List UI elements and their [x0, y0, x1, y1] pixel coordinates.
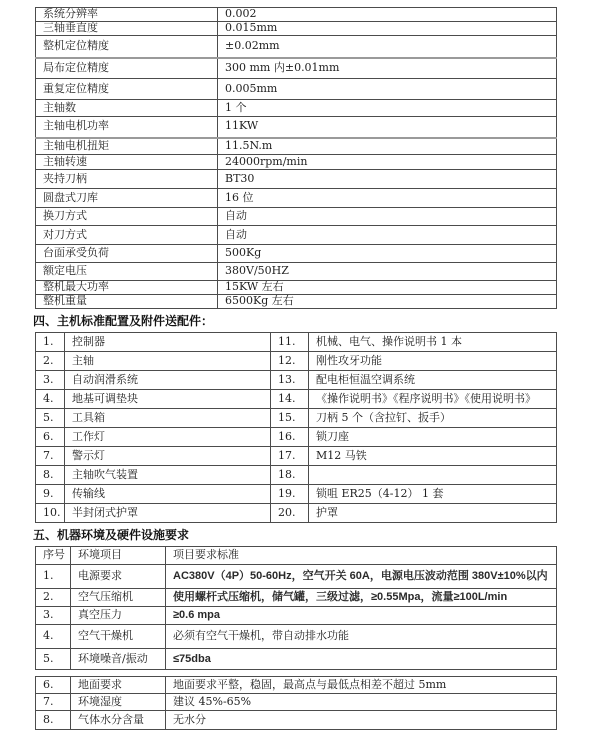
accessory-item-cell: M12 马铁 [309, 447, 557, 466]
spec-value-cell: 500Kg [218, 245, 557, 263]
spec-value-cell: 15KW 左右 [218, 281, 557, 295]
env-no-cell: 8. [36, 711, 71, 730]
accessory-row: 8.主轴吹气装置18. [36, 466, 557, 485]
spec-label-cell: 对刀方式 [36, 226, 218, 245]
spec-value-cell: 自动 [218, 208, 557, 226]
spec-value-cell: 300 mm 内±0.01mm [218, 58, 557, 79]
spec-row: 整机最大功率15KW 左右 [36, 281, 557, 295]
accessory-no-cell: 8. [36, 466, 65, 485]
spec-value-cell: BT30 [218, 170, 557, 189]
env-item-cell: 空气干燥机 [71, 625, 166, 649]
accessory-item-cell: 护罩 [309, 504, 557, 523]
env-standard-cell: 建议 45%-65% [166, 694, 557, 711]
accessory-no-cell: 18. [271, 466, 309, 485]
env-standard-cell: AC380V（4P）50-60Hz，空气开关 60A，电源电压波动范围 380V… [166, 565, 557, 589]
accessory-no-cell: 3. [36, 371, 65, 390]
accessory-item-cell: 机械、电气、操作说明书 1 本 [309, 333, 557, 352]
accessory-item-cell: 锁刀座 [309, 428, 557, 447]
spec-label-cell: 圆盘式刀库 [36, 189, 218, 208]
spec-label-cell: 夹持刀柄 [36, 170, 218, 189]
accessory-item-cell: 刚性攻牙功能 [309, 352, 557, 371]
spec-value-cell: 11KW [218, 117, 557, 138]
environment-row: 2.空气压缩机使用螺杆式压缩机，储气罐，三级过滤，≥0.55Mpa，流量≥100… [36, 589, 557, 607]
spec-row: 换刀方式自动 [36, 208, 557, 226]
spec-row: 主轴转速24000rpm/min [36, 155, 557, 170]
env-item-cell: 空气压缩机 [71, 589, 166, 607]
environment-row: 6.地面要求地面要求平整，稳固，最高点与最低点相差不超过 5mm [36, 677, 557, 694]
accessory-item-cell: 主轴吹气装置 [65, 466, 271, 485]
spec-value-cell: 0.005mm [218, 79, 557, 100]
environment-table-continued: 6.地面要求地面要求平整，稳固，最高点与最低点相差不超过 5mm 7.环境湿度建… [35, 676, 557, 730]
env-no-cell: 7. [36, 694, 71, 711]
spec-row: 主轴数1 个 [36, 100, 557, 117]
accessory-no-cell: 20. [271, 504, 309, 523]
spec-row: 额定电压380V/50HZ [36, 263, 557, 281]
environment-row: 7.环境湿度建议 45%-65% [36, 694, 557, 711]
env-item-cell: 气体水分含量 [71, 711, 166, 730]
accessory-item-cell: 工具箱 [65, 409, 271, 428]
accessory-item-cell: 刀柄 5 个（含拉钉、扳手） [309, 409, 557, 428]
spec-row: 重复定位精度0.005mm [36, 79, 557, 100]
accessory-row: 7.警示灯17. M12 马铁 [36, 447, 557, 466]
accessory-no-cell: 12. [271, 352, 309, 371]
accessory-no-cell: 2. [36, 352, 65, 371]
accessory-row: 3.自动润滑系统13.配电柜恒温空调系统 [36, 371, 557, 390]
accessory-item-cell: 警示灯 [65, 447, 271, 466]
env-item-cell: 环境噪音/振动 [71, 649, 166, 670]
accessory-row: 9.传输线19.锁咀 ER25（4-12） 1 套 [36, 485, 557, 504]
accessory-no-cell: 7. [36, 447, 65, 466]
spec-label-cell: 主轴转速 [36, 155, 218, 170]
environment-table: 序号环境项目项目要求标准 1.电源要求AC380V（4P）50-60Hz，空气开… [35, 546, 557, 670]
accessories-table: 1.控制器11.机械、电气、操作说明书 1 本 2.主轴12.刚性攻牙功能 3.… [35, 332, 557, 523]
accessory-item-cell [309, 466, 557, 485]
accessory-item-cell: 控制器 [65, 333, 271, 352]
spec-label-cell: 台面承受负荷 [36, 245, 218, 263]
env-item-cell: 真空压力 [71, 607, 166, 625]
header-no-cell: 序号 [36, 547, 71, 565]
accessory-no-cell: 4. [36, 390, 65, 409]
header-standard-cell: 项目要求标准 [166, 547, 557, 565]
spec-row: 圆盘式刀库16 位 [36, 189, 557, 208]
spec-label-cell: 额定电压 [36, 263, 218, 281]
accessory-item-cell: 自动润滑系统 [65, 371, 271, 390]
accessory-item-cell: 《操作说明书》《程序说明书》《使用说明书》 [309, 390, 557, 409]
accessory-no-cell: 16. [271, 428, 309, 447]
accessory-row: 10.半封闭式护罩20.护罩 [36, 504, 557, 523]
spec-label-cell: 整机定位精度 [36, 36, 218, 58]
environment-row: 4.空气干燥机必须有空气干燥机，带自动排水功能 [36, 625, 557, 649]
env-no-cell: 4. [36, 625, 71, 649]
spec-row: 夹持刀柄BT30 [36, 170, 557, 189]
env-item-cell: 环境湿度 [71, 694, 166, 711]
spec-value-cell: 6500Kg 左右 [218, 295, 557, 309]
spec-value-cell: 自动 [218, 226, 557, 245]
spec-value-cell: 16 位 [218, 189, 557, 208]
spec-row: 主轴电机功率11KW [36, 117, 557, 138]
spec-value-cell: 0.015mm [218, 22, 557, 36]
accessory-item-cell: 锁咀 ER25（4-12） 1 套 [309, 485, 557, 504]
spec-row: 整机定位精度±0.02mm [36, 36, 557, 58]
section5-heading: 五、机器环境及硬件设施要求 [33, 528, 596, 542]
spec-row: 局布定位精度300 mm 内±0.01mm [36, 58, 557, 79]
env-item-cell: 电源要求 [71, 565, 166, 589]
accessory-no-cell: 11. [271, 333, 309, 352]
environment-row: 1.电源要求AC380V（4P）50-60Hz，空气开关 60A，电源电压波动范… [36, 565, 557, 589]
env-item-cell: 地面要求 [71, 677, 166, 694]
accessory-no-cell: 1. [36, 333, 65, 352]
spec-row: 台面承受负荷500Kg [36, 245, 557, 263]
spec-label-cell: 整机重量 [36, 295, 218, 309]
spec-row: 整机重量6500Kg 左右 [36, 295, 557, 309]
spec-value-cell: 0.002 [218, 8, 557, 22]
accessory-no-cell: 9. [36, 485, 65, 504]
accessory-row: 2.主轴12.刚性攻牙功能 [36, 352, 557, 371]
spec-label-cell: 三轴垂直度 [36, 22, 218, 36]
spec-value-cell: 380V/50HZ [218, 263, 557, 281]
accessory-row: 5.工具箱15.刀柄 5 个（含拉钉、扳手） [36, 409, 557, 428]
spec-row: 对刀方式自动 [36, 226, 557, 245]
accessory-no-cell: 5. [36, 409, 65, 428]
spec-label-cell: 主轴数 [36, 100, 218, 117]
accessory-no-cell: 6. [36, 428, 65, 447]
spec-row: 三轴垂直度0.015mm [36, 22, 557, 36]
header-item-cell: 环境项目 [71, 547, 166, 565]
accessory-no-cell: 17. [271, 447, 309, 466]
accessory-item-cell: 地基可调垫块 [65, 390, 271, 409]
env-standard-cell: ≥0.6 mpa [166, 607, 557, 625]
spec-value-cell: 11.5N.m [218, 138, 557, 155]
accessory-row: 4.地基可调垫块14.《操作说明书》《程序说明书》《使用说明书》 [36, 390, 557, 409]
accessory-item-cell: 配电柜恒温空调系统 [309, 371, 557, 390]
accessory-item-cell: 半封闭式护罩 [65, 504, 271, 523]
spec-label-cell: 换刀方式 [36, 208, 218, 226]
environment-row: 5.环境噪音/振动≤75dba [36, 649, 557, 670]
accessory-no-cell: 15. [271, 409, 309, 428]
spec-label-cell: 重复定位精度 [36, 79, 218, 100]
spec-label-cell: 主轴电机功率 [36, 117, 218, 138]
env-standard-cell: 无水分 [166, 711, 557, 730]
accessory-no-cell: 14. [271, 390, 309, 409]
env-no-cell: 6. [36, 677, 71, 694]
accessory-item-cell: 传输线 [65, 485, 271, 504]
accessory-no-cell: 19. [271, 485, 309, 504]
spec-label-cell: 整机最大功率 [36, 281, 218, 295]
env-standard-cell: ≤75dba [166, 649, 557, 670]
environment-row: 8.气体水分含量无水分 [36, 711, 557, 730]
spec-row: 系统分辨率0.002 [36, 8, 557, 22]
accessory-no-cell: 13. [271, 371, 309, 390]
section4-heading: 四、主机标准配置及附件送配件： [33, 314, 596, 328]
document-page: 系统分辨率0.002 三轴垂直度0.015mm 整机定位精度±0.02mm 局布… [0, 0, 596, 730]
env-no-cell: 5. [36, 649, 71, 670]
spec-label-cell: 主轴电机扭矩 [36, 138, 218, 155]
spec-table: 系统分辨率0.002 三轴垂直度0.015mm 整机定位精度±0.02mm 局布… [35, 7, 557, 309]
spec-value-cell: ±0.02mm [218, 36, 557, 58]
spec-label-cell: 系统分辨率 [36, 8, 218, 22]
env-standard-cell: 地面要求平整，稳固，最高点与最低点相差不超过 5mm [166, 677, 557, 694]
accessory-row: 6.工作灯16.锁刀座 [36, 428, 557, 447]
spec-value-cell: 24000rpm/min [218, 155, 557, 170]
env-standard-cell: 必须有空气干燥机，带自动排水功能 [166, 625, 557, 649]
environment-row: 3.真空压力≥0.6 mpa [36, 607, 557, 625]
env-standard-cell: 使用螺杆式压缩机，储气罐，三级过滤，≥0.55Mpa，流量≥100L/min [166, 589, 557, 607]
spec-value-cell: 1 个 [218, 100, 557, 117]
accessory-item-cell: 主轴 [65, 352, 271, 371]
env-no-cell: 3. [36, 607, 71, 625]
accessory-no-cell: 10. [36, 504, 65, 523]
accessory-row: 1.控制器11.机械、电气、操作说明书 1 本 [36, 333, 557, 352]
environment-header-row: 序号环境项目项目要求标准 [36, 547, 557, 565]
accessory-item-cell: 工作灯 [65, 428, 271, 447]
spec-row: 主轴电机扭矩11.5N.m [36, 138, 557, 155]
env-no-cell: 1. [36, 565, 71, 589]
spec-label-cell: 局布定位精度 [36, 58, 218, 79]
env-no-cell: 2. [36, 589, 71, 607]
